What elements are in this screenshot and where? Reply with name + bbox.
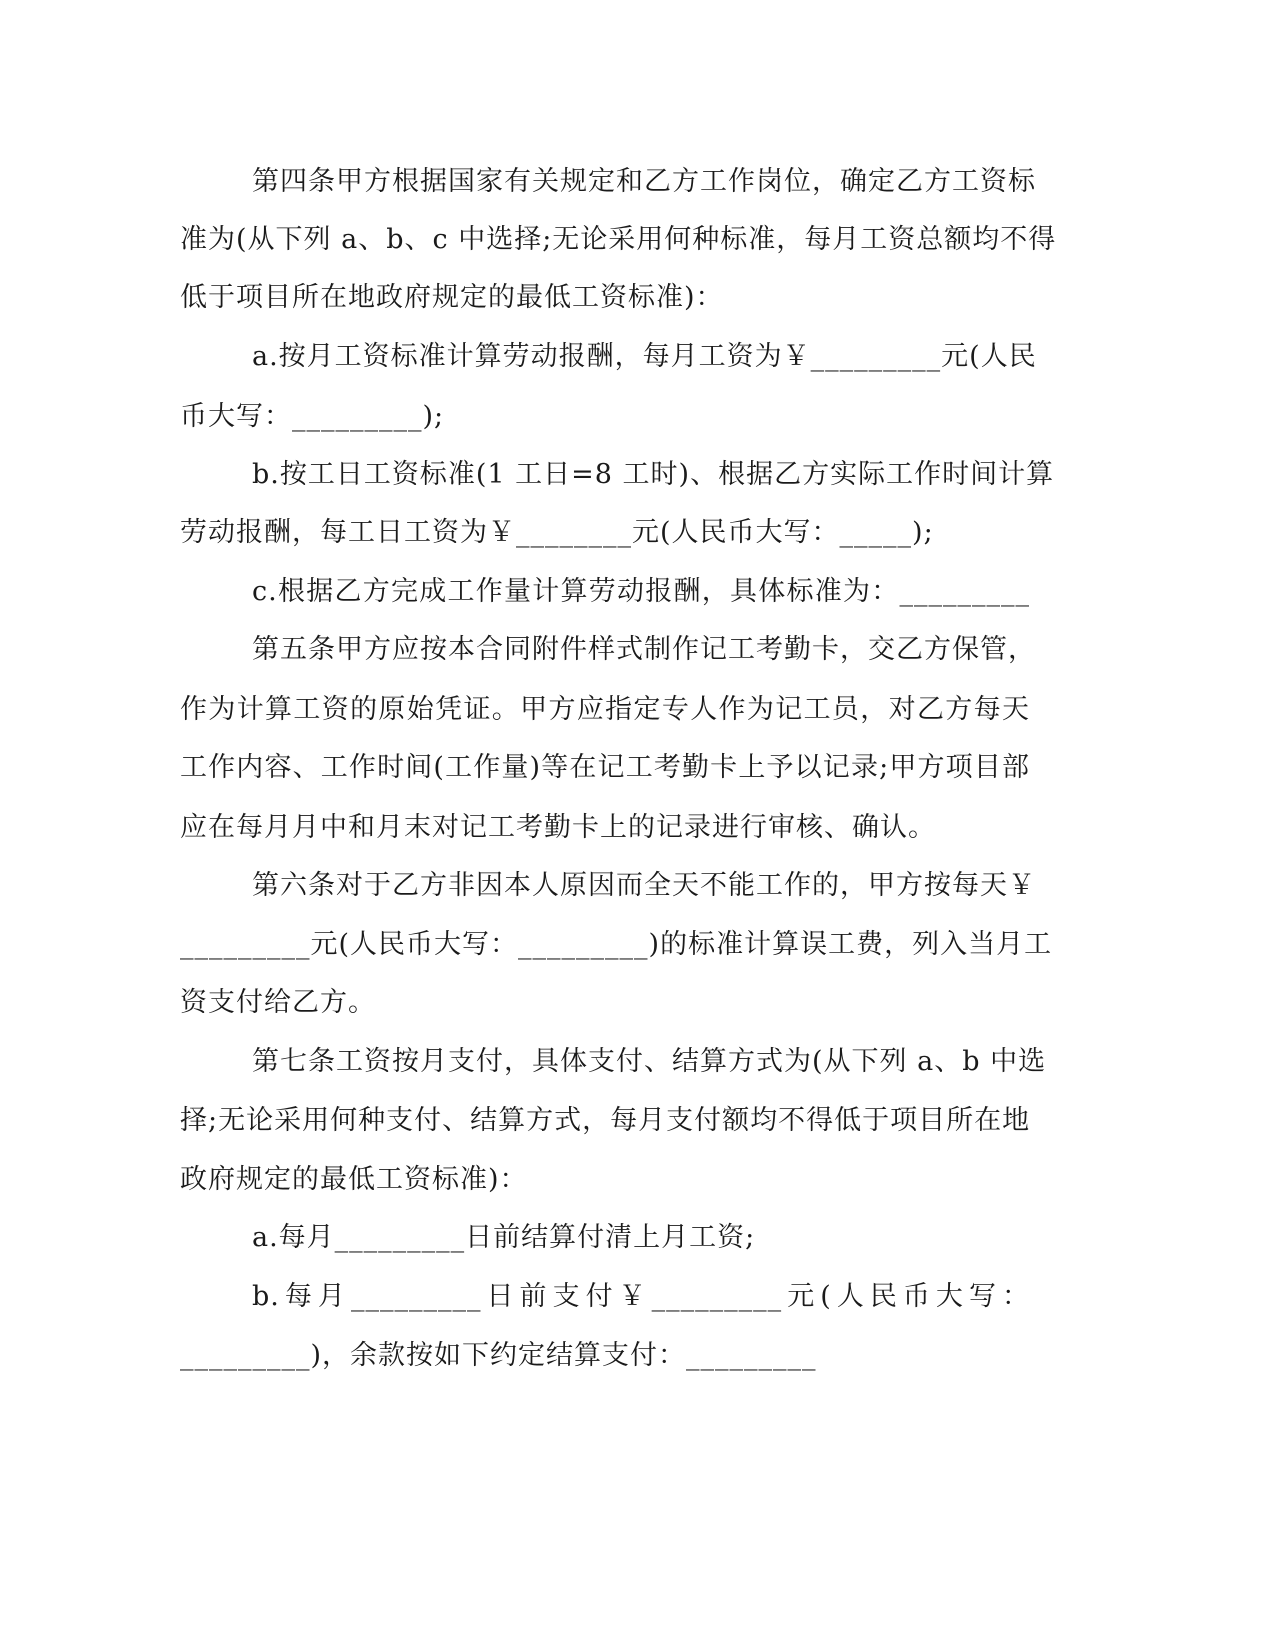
article-4-line-2: 准为(从下列 a、b、c 中选择;无论采用何种标准，每月工资总额均不得 [180, 220, 1030, 260]
article-7-line-2: 择;无论采用何种支付、结算方式，每月支付额均不得低于项目所在地 [180, 1101, 1030, 1141]
article-5-line-2: 作为计算工资的原始凭证。甲方应指定专人作为记工员，对乙方每天 [180, 690, 1030, 730]
article-5-line-4: 应在每月月中和月末对记工考勤卡上的记录进行审核、确认。 [180, 808, 1030, 848]
article-6-line-2: _________元(人民币大写：_________)的标准计算误工费，列入当月… [180, 925, 1030, 965]
article-6-line-3: 资支付给乙方。 [180, 983, 1030, 1023]
article-4-option-b-line-2: 劳动报酬，每工日工资为￥________元(人民币大写：_____); [180, 513, 1030, 553]
article-4-line-3: 低于项目所在地政府规定的最低工资标准)： [180, 278, 1030, 318]
article-7-line-3: 政府规定的最低工资标准)： [180, 1160, 1030, 1200]
article-4-option-a-line-2: 币大写：_________); [180, 397, 1030, 437]
document-page: 第四条甲方根据国家有关规定和乙方工作岗位，确定乙方工资标 准为(从下列 a、b、… [0, 0, 1275, 1650]
article-4-line-1: 第四条甲方根据国家有关规定和乙方工作岗位，确定乙方工资标 [252, 162, 1030, 202]
article-4-option-b-line-1: b.按工日工资标准(1 工日=8 工时)、根据乙方实际工作时间计算 [252, 455, 1030, 495]
article-7-option-a: a.每月_________日前结算付清上月工资; [252, 1218, 1030, 1258]
article-4-option-a-line-1: a.按月工资标准计算劳动报酬，每月工资为￥_________元(人民 [252, 337, 1030, 377]
article-5-line-3: 工作内容、工作时间(工作量)等在记工考勤卡上予以记录;甲方项目部 [180, 748, 1030, 788]
article-7-option-b-line-2: _________)，余款按如下约定结算支付：_________ [180, 1336, 1030, 1376]
article-5-line-1: 第五条甲方应按本合同附件样式制作记工考勤卡，交乙方保管， [252, 630, 1030, 670]
article-7-option-b-line-1: b.每月_________日前支付￥_________元(人民币大写： [252, 1277, 1030, 1317]
article-7-line-1: 第七条工资按月支付，具体支付、结算方式为(从下列 a、b 中选 [252, 1042, 1030, 1082]
article-6-line-1: 第六条对于乙方非因本人原因而全天不能工作的，甲方按每天￥ [252, 866, 1030, 906]
article-4-option-c: c.根据乙方完成工作量计算劳动报酬，具体标准为：_________ [252, 572, 1030, 612]
